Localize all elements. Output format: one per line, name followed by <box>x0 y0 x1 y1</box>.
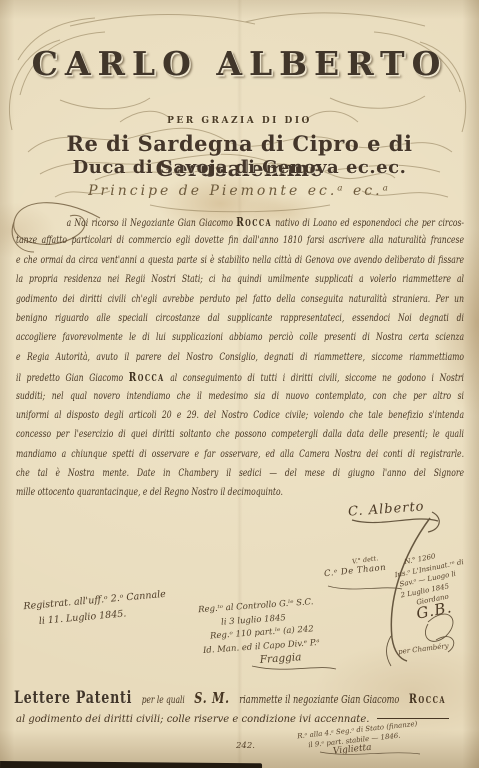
body-line: che tal è Nostra mente. Date in Chambery… <box>16 464 464 483</box>
controllo-signature: Fraggia <box>259 650 321 668</box>
body-line: il predetto Gian Giacomo Rocca al conseg… <box>16 367 464 386</box>
body-text: mandiamo a chiunque spetti di osservare … <box>16 448 464 460</box>
body-text: e che ormai da circa vent'anni a questa … <box>16 254 464 266</box>
body-text: godimento dei diritti civili ch'egli avr… <box>16 293 464 305</box>
controllo-registry-note: Reg.ᵗᵒ al Controllo G.ˡᵉ S.C. li 3 lugli… <box>198 596 321 672</box>
name-rocca: Rocca <box>236 214 272 229</box>
letters-patent-document: CARLO ALBERTO PER GRAZIA DI DIO Re di Sa… <box>0 0 479 768</box>
royal-initials: S. M. <box>194 689 229 707</box>
body-text: il predetto Gian Giacomo <box>16 372 129 384</box>
royal-style-line-2: Duca di Savoja di Genova ec.ec. <box>0 157 479 178</box>
body-line: mandiamo a chiunque spetti di osservare … <box>16 445 464 464</box>
body-text: sudditi; nel qual novero intendiamo che … <box>16 390 464 402</box>
body-line: accogliere favorevolmente le di lui supp… <box>16 328 464 347</box>
summary-text: riammette il negoziante Gian Giacomo <box>239 693 399 706</box>
summary-text: per le quali <box>142 695 185 706</box>
summary-text: al godimento dei diritti civili; colle r… <box>16 714 369 725</box>
body-line: benigno riguardo alle speciali circostan… <box>16 309 464 328</box>
chambery-note: per Chambéry <box>398 642 449 656</box>
page-number: 242. <box>236 741 255 751</box>
insinuazione-registry-note: N.° 1260 Ins.ᵒ L'Insinuat.ʳᵉ di Sav.ᵃ — … <box>392 544 479 622</box>
body-text: la propria residenza nei Regii Nostri St… <box>16 273 464 285</box>
body-text: nativo di Loano ed esponendoci che per c… <box>272 217 464 229</box>
body-line: mille ottocento quarantacinque, e del Re… <box>16 483 464 502</box>
body-line: a Noi ricorso il Negoziante Gian Giacomo… <box>16 212 464 231</box>
body-text: uniformi al disposto degli articoli 20 e… <box>16 409 464 421</box>
body-text: e Regia Autorità, avuto il parere del No… <box>16 351 464 363</box>
flourish-dash <box>377 718 449 719</box>
body-text: mille ottocento quarantacinque, e del Re… <box>16 486 283 498</box>
body-text: concesso per l'esercizio di quei diritti… <box>16 428 464 440</box>
manuscript-body: a Noi ricorso il Negoziante Gian Giacomo… <box>16 212 464 503</box>
body-text: al conseguimento di tutti i diritti civi… <box>165 372 464 384</box>
finance-secretariat-note: R.ᵒ alla 4.ᵃ Seg.ᵃ di Stato (finanze) il… <box>297 720 420 761</box>
countersignature: C.ᵉ De Thaon <box>324 563 387 579</box>
body-text: tanze affatto particolari di commercio e… <box>16 234 464 246</box>
name-rocca: Rocca <box>409 692 446 707</box>
summary-line-1: Lettere Patenti per le quali S. M. riamm… <box>14 688 446 708</box>
body-line: godimento dei diritti civili ch'egli avr… <box>16 290 464 309</box>
body-text: che tal è Nostra mente. Date in Chambery… <box>16 467 464 479</box>
summary-title: Lettere Patenti <box>14 688 132 708</box>
header-flourishes <box>9 13 465 212</box>
left-registration-note: Registrat. all'uff.ᵒ 2.ᵒ Cannale li 11. … <box>23 587 168 631</box>
body-line: e che ormai da circa vent'anni a questa … <box>16 251 464 270</box>
body-line: e Regia Autorità, avuto il parere del No… <box>16 348 464 367</box>
name-rocca: Rocca <box>129 369 165 384</box>
royal-style-line-3: Principe de Piemonte ec.ᵃ ec.ᵃ <box>0 183 479 199</box>
photo-edge-shadow <box>0 761 262 768</box>
body-line: sudditi; nel qual novero intendiamo che … <box>16 387 464 406</box>
body-line: concesso per l'esercizio di quei diritti… <box>16 425 464 444</box>
body-line: uniformi al disposto degli articoli 20 e… <box>16 406 464 425</box>
document-title: CARLO ALBERTO <box>0 44 479 83</box>
body-text: accogliere favorevolmente le di lui supp… <box>16 331 464 343</box>
body-line: tanze affatto particolari di commercio e… <box>16 231 464 250</box>
body-text: benigno riguardo alle speciali circostan… <box>16 312 464 324</box>
body-line: la propria residenza nei Regii Nostri St… <box>16 270 464 289</box>
royal-motto: PER GRAZIA DI DIO <box>0 116 479 126</box>
body-text: a Noi ricorso il Negoziante Gian Giacomo <box>67 217 237 229</box>
